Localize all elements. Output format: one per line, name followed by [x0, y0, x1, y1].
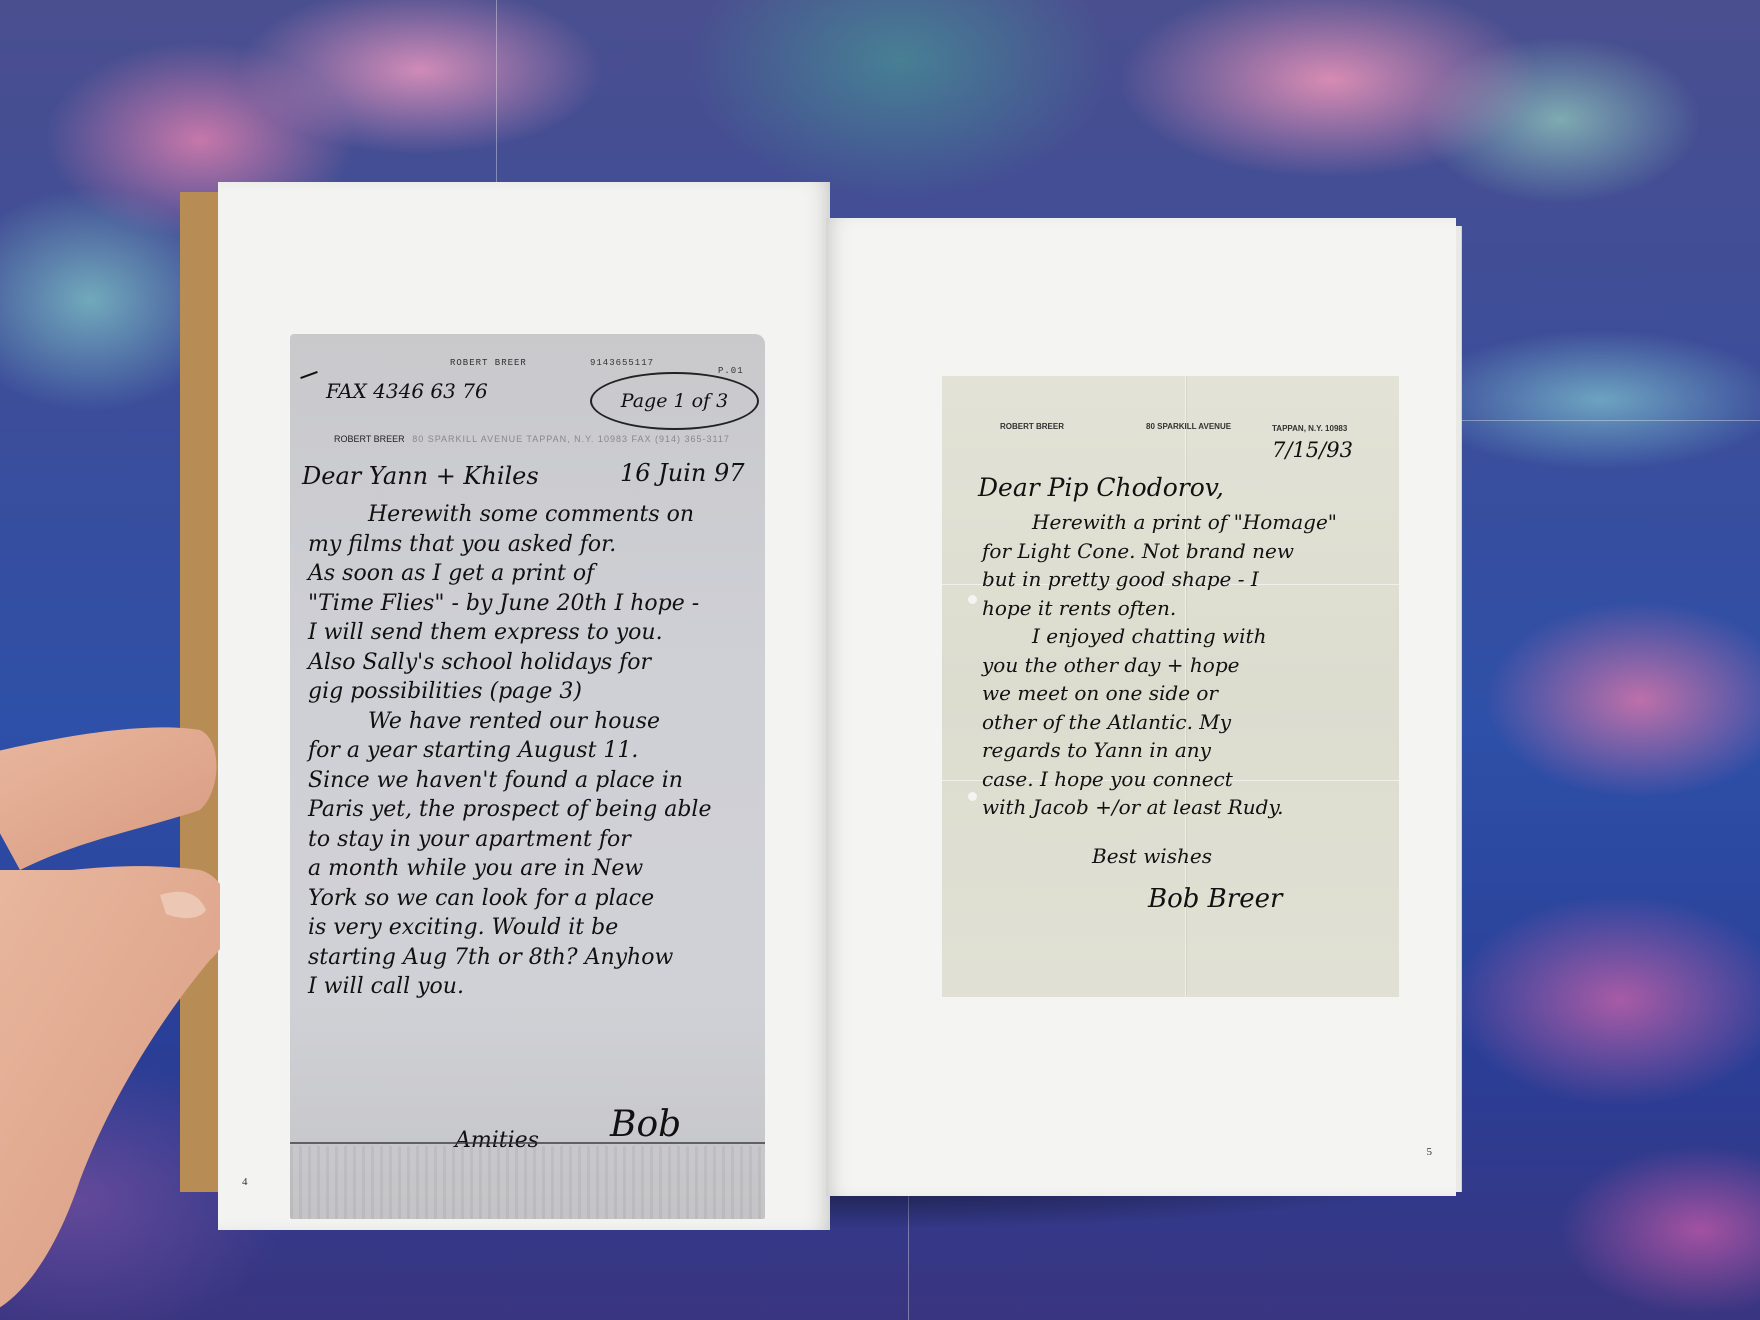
- body-line: Paris yet, the prospect of being able: [308, 795, 758, 825]
- letterhead-name: ROBERT BREER: [1000, 422, 1064, 431]
- letter-salutation: Dear Yann + Khiles: [302, 462, 539, 490]
- page-number-right: 5: [1427, 1146, 1433, 1158]
- body-line: gig possibilities (page 3): [308, 677, 758, 707]
- body-line: a month while you are in New: [308, 854, 758, 884]
- body-line: Herewith some comments on: [308, 500, 758, 530]
- letter-body: Herewith a print of "Homage" for Light C…: [982, 508, 1399, 822]
- backdrop-fold-vertical: [496, 0, 497, 190]
- body-line: I will call you.: [308, 972, 758, 1002]
- punch-hole: [968, 792, 977, 801]
- hand-holding-book: [0, 720, 220, 1320]
- body-line: "Time Flies" - by June 20th I hope -: [308, 589, 758, 619]
- right-page-stack-edge: [1456, 226, 1462, 1192]
- fax-header-page: P.01: [718, 366, 744, 376]
- body-line: regards to Yann in any: [982, 736, 1399, 765]
- pen-mark: [300, 371, 318, 379]
- backdrop-fold-horizontal: [1460, 420, 1760, 421]
- letter-signature: Bob: [610, 1104, 681, 1145]
- page-count-text: Page 1 of 3: [621, 390, 728, 412]
- body-line: we meet on one side or: [982, 679, 1399, 708]
- letterhead-street: 80 SPARKILL AVENUE: [1146, 422, 1231, 431]
- fax-scan-line: [290, 1142, 765, 1144]
- body-line: As soon as I get a print of: [308, 559, 758, 589]
- body-line: for Light Cone. Not brand new: [982, 537, 1399, 566]
- letter-body: Herewith some comments on my films that …: [308, 500, 758, 1002]
- body-line: you the other day + hope: [982, 651, 1399, 680]
- body-line: is very exciting. Would it be: [308, 913, 758, 943]
- page-count-note: Page 1 of 3: [590, 372, 759, 430]
- body-line: but in pretty good shape - I: [982, 565, 1399, 594]
- body-line: I enjoyed chatting with: [982, 622, 1399, 651]
- body-line: Since we haven't found a place in: [308, 766, 758, 796]
- fax-letter-reproduction: ROBERT BREER 9143655117 P.01 FAX 4346 63…: [290, 334, 765, 1219]
- fax-noise: [290, 1146, 765, 1219]
- stationery-letter-reproduction: ROBERT BREER 80 SPARKILL AVENUE TAPPAN, …: [942, 376, 1399, 997]
- letter-date: 16 Juin 97: [620, 459, 745, 487]
- fax-header-phone: 9143655117: [590, 358, 654, 368]
- letterhead-address-faint: 80 SPARKILL AVENUE TAPPAN, N.Y. 10983 FA…: [412, 434, 730, 444]
- letter-salutation: Dear Pip Chodorov,: [978, 473, 1224, 502]
- body-line: my films that you asked for.: [308, 530, 758, 560]
- fax-letterhead: ROBERT BREER 80 SPARKILL AVENUE TAPPAN, …: [334, 434, 730, 444]
- body-line: starting Aug 7th or 8th? Anyhow: [308, 943, 758, 973]
- body-line: other of the Atlantic. My: [982, 708, 1399, 737]
- fax-header-sender: ROBERT BREER: [450, 358, 527, 368]
- letter-signature: Bob Breer: [1148, 884, 1282, 914]
- body-line: We have rented our house: [308, 707, 758, 737]
- left-page[interactable]: ROBERT BREER 9143655117 P.01 FAX 4346 63…: [218, 182, 830, 1230]
- body-line: with Jacob +/or at least Rudy.: [982, 793, 1399, 822]
- body-line: hope it rents often.: [982, 594, 1399, 623]
- body-line: for a year starting August 11.: [308, 736, 758, 766]
- letter-date: 7/15/93: [1272, 438, 1353, 462]
- page-number-left: 4: [242, 1176, 248, 1188]
- body-line: to stay in your apartment for: [308, 825, 758, 855]
- fax-number-handwritten: FAX 4346 63 76: [326, 379, 488, 403]
- body-line: York so we can look for a place: [308, 884, 758, 914]
- body-line: Herewith a print of "Homage": [982, 508, 1399, 537]
- body-line: case. I hope you connect: [982, 765, 1399, 794]
- body-line: Also Sally's school holidays for: [308, 648, 758, 678]
- right-page[interactable]: ROBERT BREER 80 SPARKILL AVENUE TAPPAN, …: [826, 218, 1456, 1196]
- letter-sign-off: Best wishes: [1092, 844, 1212, 868]
- letterhead-name: ROBERT BREER: [334, 434, 405, 444]
- punch-hole: [968, 595, 977, 604]
- body-line: I will send them express to you.: [308, 618, 758, 648]
- letterhead-city: TAPPAN, N.Y. 10983: [1272, 424, 1347, 433]
